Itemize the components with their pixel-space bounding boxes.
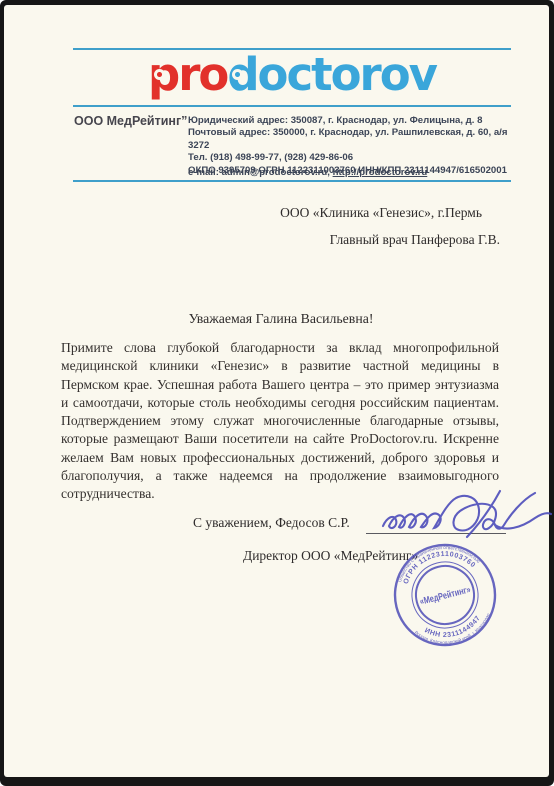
recipient-organization: ООО «Клиника «Генезис», г.Пермь (280, 205, 482, 221)
phone-numbers: Тел. (918) 498-99-77, (928) 429-86-06 (188, 152, 518, 164)
email-line: e-mail: admin@prodoctorov.ru, http://pro… (188, 167, 427, 178)
email-address: e-mail: admin@prodoctorov.ru, (188, 167, 333, 178)
postal-address: Почтовый адрес: 350000, г. Краснодар, ул… (188, 127, 518, 152)
header-rule-middle (73, 105, 511, 107)
header-rule-bottom (73, 180, 511, 182)
regards-line: С уважением, Федосов С.Р. (193, 515, 350, 531)
website-url: http://prodoctorov.ru (333, 167, 428, 178)
legal-address: Юридический адрес: 350087, г. Краснодар,… (188, 115, 518, 127)
company-name: ООО МедРейтинг” (74, 114, 187, 128)
company-round-stamp: Общество с ограниченной ответственностью… (383, 533, 507, 657)
logo-p-dot-icon (154, 69, 165, 80)
letter-paper: prodoctorov ООО МедРейтинг” Юридический … (4, 5, 549, 777)
stamp-center-name: «МедРейтинг» (419, 584, 472, 607)
recipient-person: Главный врач Панферова Г.В. (330, 232, 500, 248)
salutation: Уважаемая Галина Васильевна! (63, 311, 499, 327)
letter-body: Примите слова глубокой благодарности за … (61, 339, 499, 504)
prodoctorov-logo: prodoctorov (73, 49, 511, 103)
scanned-letter: prodoctorov ООО МедРейтинг” Юридический … (0, 0, 554, 786)
logo-pro-part: pro (148, 48, 227, 101)
logo-doctorov-part: doctorov (227, 48, 436, 101)
